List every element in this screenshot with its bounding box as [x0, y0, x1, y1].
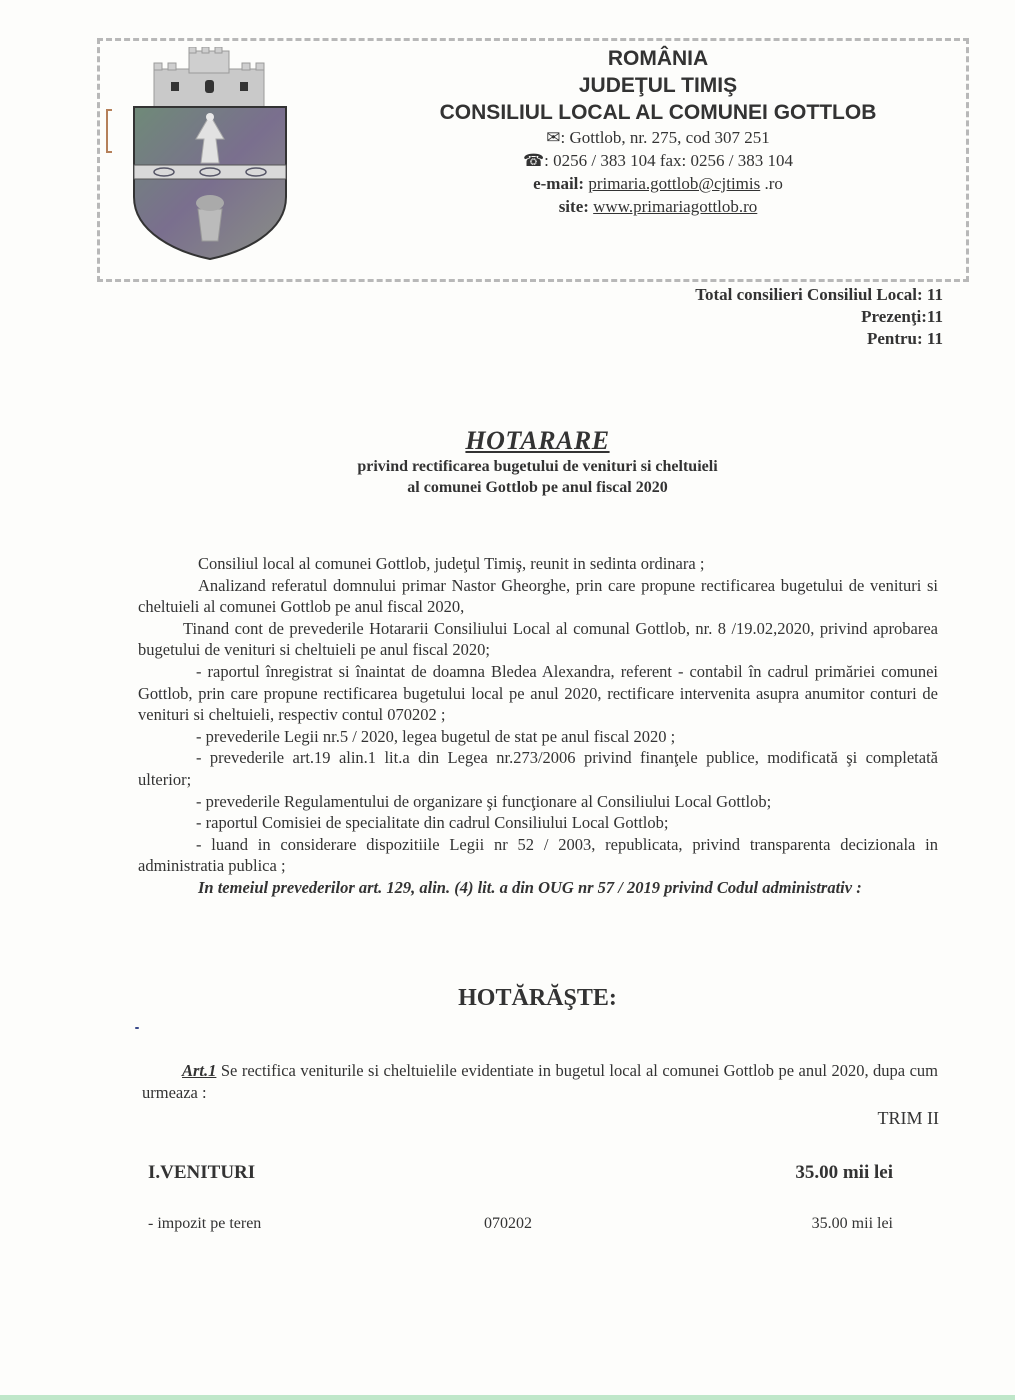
paragraph: - prevederile art.19 alin.1 lit.a din Le…	[138, 747, 938, 790]
site-line: site: www.primariagottlob.ro	[360, 195, 956, 218]
phone-line: ☎: 0256 / 383 104 fax: 0256 / 383 104	[360, 149, 956, 172]
subtitle-line-1: privind rectificarea bugetului de venitu…	[60, 456, 1015, 477]
item-amount: 35.00 mii lei	[812, 1215, 893, 1233]
article-label: Art.1	[182, 1061, 216, 1080]
paragraph: Consiliul local al comunei Gottlob, jude…	[138, 553, 938, 575]
preamble: Consiliul local al comunei Gottlob, jude…	[138, 553, 938, 899]
section-amount: 35.00 mii lei	[795, 1162, 893, 1184]
paragraph: Tinand cont de prevederile Hotararii Con…	[138, 618, 938, 661]
article-text: Se rectifica veniturile si cheltuielile …	[142, 1061, 938, 1102]
scan-edge	[0, 1395, 1015, 1400]
paragraph: - raportul înregistrat si înaintat de do…	[138, 661, 938, 726]
paragraph: - luand in considerare dispozitiile Legi…	[138, 834, 938, 877]
paragraph: Analizand referatul domnului primar Nast…	[138, 575, 938, 618]
attendance-block: Total consilieri Consiliul Local: 11 Pre…	[695, 284, 943, 350]
decision-heading: HOTĂRĂŞTE:	[60, 985, 1015, 1012]
country-name: ROMÂNIA	[360, 45, 956, 72]
letterhead-text: ROMÂNIA JUDEŢUL TIMIŞ CONSILIUL LOCAL AL…	[360, 45, 956, 218]
subtitle-line-2: al comunei Gottlob pe anul fiscal 2020	[60, 477, 1015, 498]
paragraph: - raportul Comisiei de specialitate din …	[138, 812, 938, 834]
total-councilors: Total consilieri Consiliul Local: 11	[695, 284, 943, 306]
email-line: e-mail: primaria.gottlob@cjtimis .ro	[360, 172, 956, 195]
item-code: 070202	[484, 1215, 532, 1233]
county-name: JUDEŢUL TIMIŞ	[360, 72, 956, 99]
article-1: Art.1 Se rectifica veniturile si cheltui…	[142, 1060, 938, 1103]
site-link[interactable]: www.primariagottlob.ro	[593, 197, 757, 216]
margin-bracket	[106, 109, 112, 153]
section-label: I.VENITURI	[148, 1162, 255, 1184]
period-label: TRIM II	[878, 1108, 940, 1129]
council-name: CONSILIUL LOCAL AL COMUNEI GOTTLOB	[360, 99, 956, 126]
scan-speck	[135, 1027, 139, 1029]
votes-for: Pentru: 11	[695, 328, 943, 350]
document-title-block: HOTARARE privind rectificarea bugetului …	[0, 426, 1015, 498]
letterhead: ROMÂNIA JUDEŢUL TIMIŞ CONSILIUL LOCAL AL…	[97, 38, 969, 282]
address-line: ✉: Gottlob, nr. 275, cod 307 251	[360, 126, 956, 149]
item-label: - impozit pe teren	[148, 1215, 261, 1233]
paragraph: - prevederile Regulamentului de organiza…	[138, 791, 938, 813]
coat-of-arms-icon	[114, 47, 304, 262]
legal-basis-paragraph: In temeiul prevederilor art. 129, alin. …	[138, 877, 938, 899]
envelope-icon: ✉	[546, 128, 560, 147]
paragraph: - prevederile Legii nr.5 / 2020, legea b…	[138, 726, 938, 748]
email-link[interactable]: primaria.gottlob@cjtimis	[588, 174, 760, 193]
document-title: HOTARARE	[60, 426, 1015, 456]
present-count: Prezenţi:11	[695, 306, 943, 328]
telephone-icon: ☎	[523, 151, 544, 170]
